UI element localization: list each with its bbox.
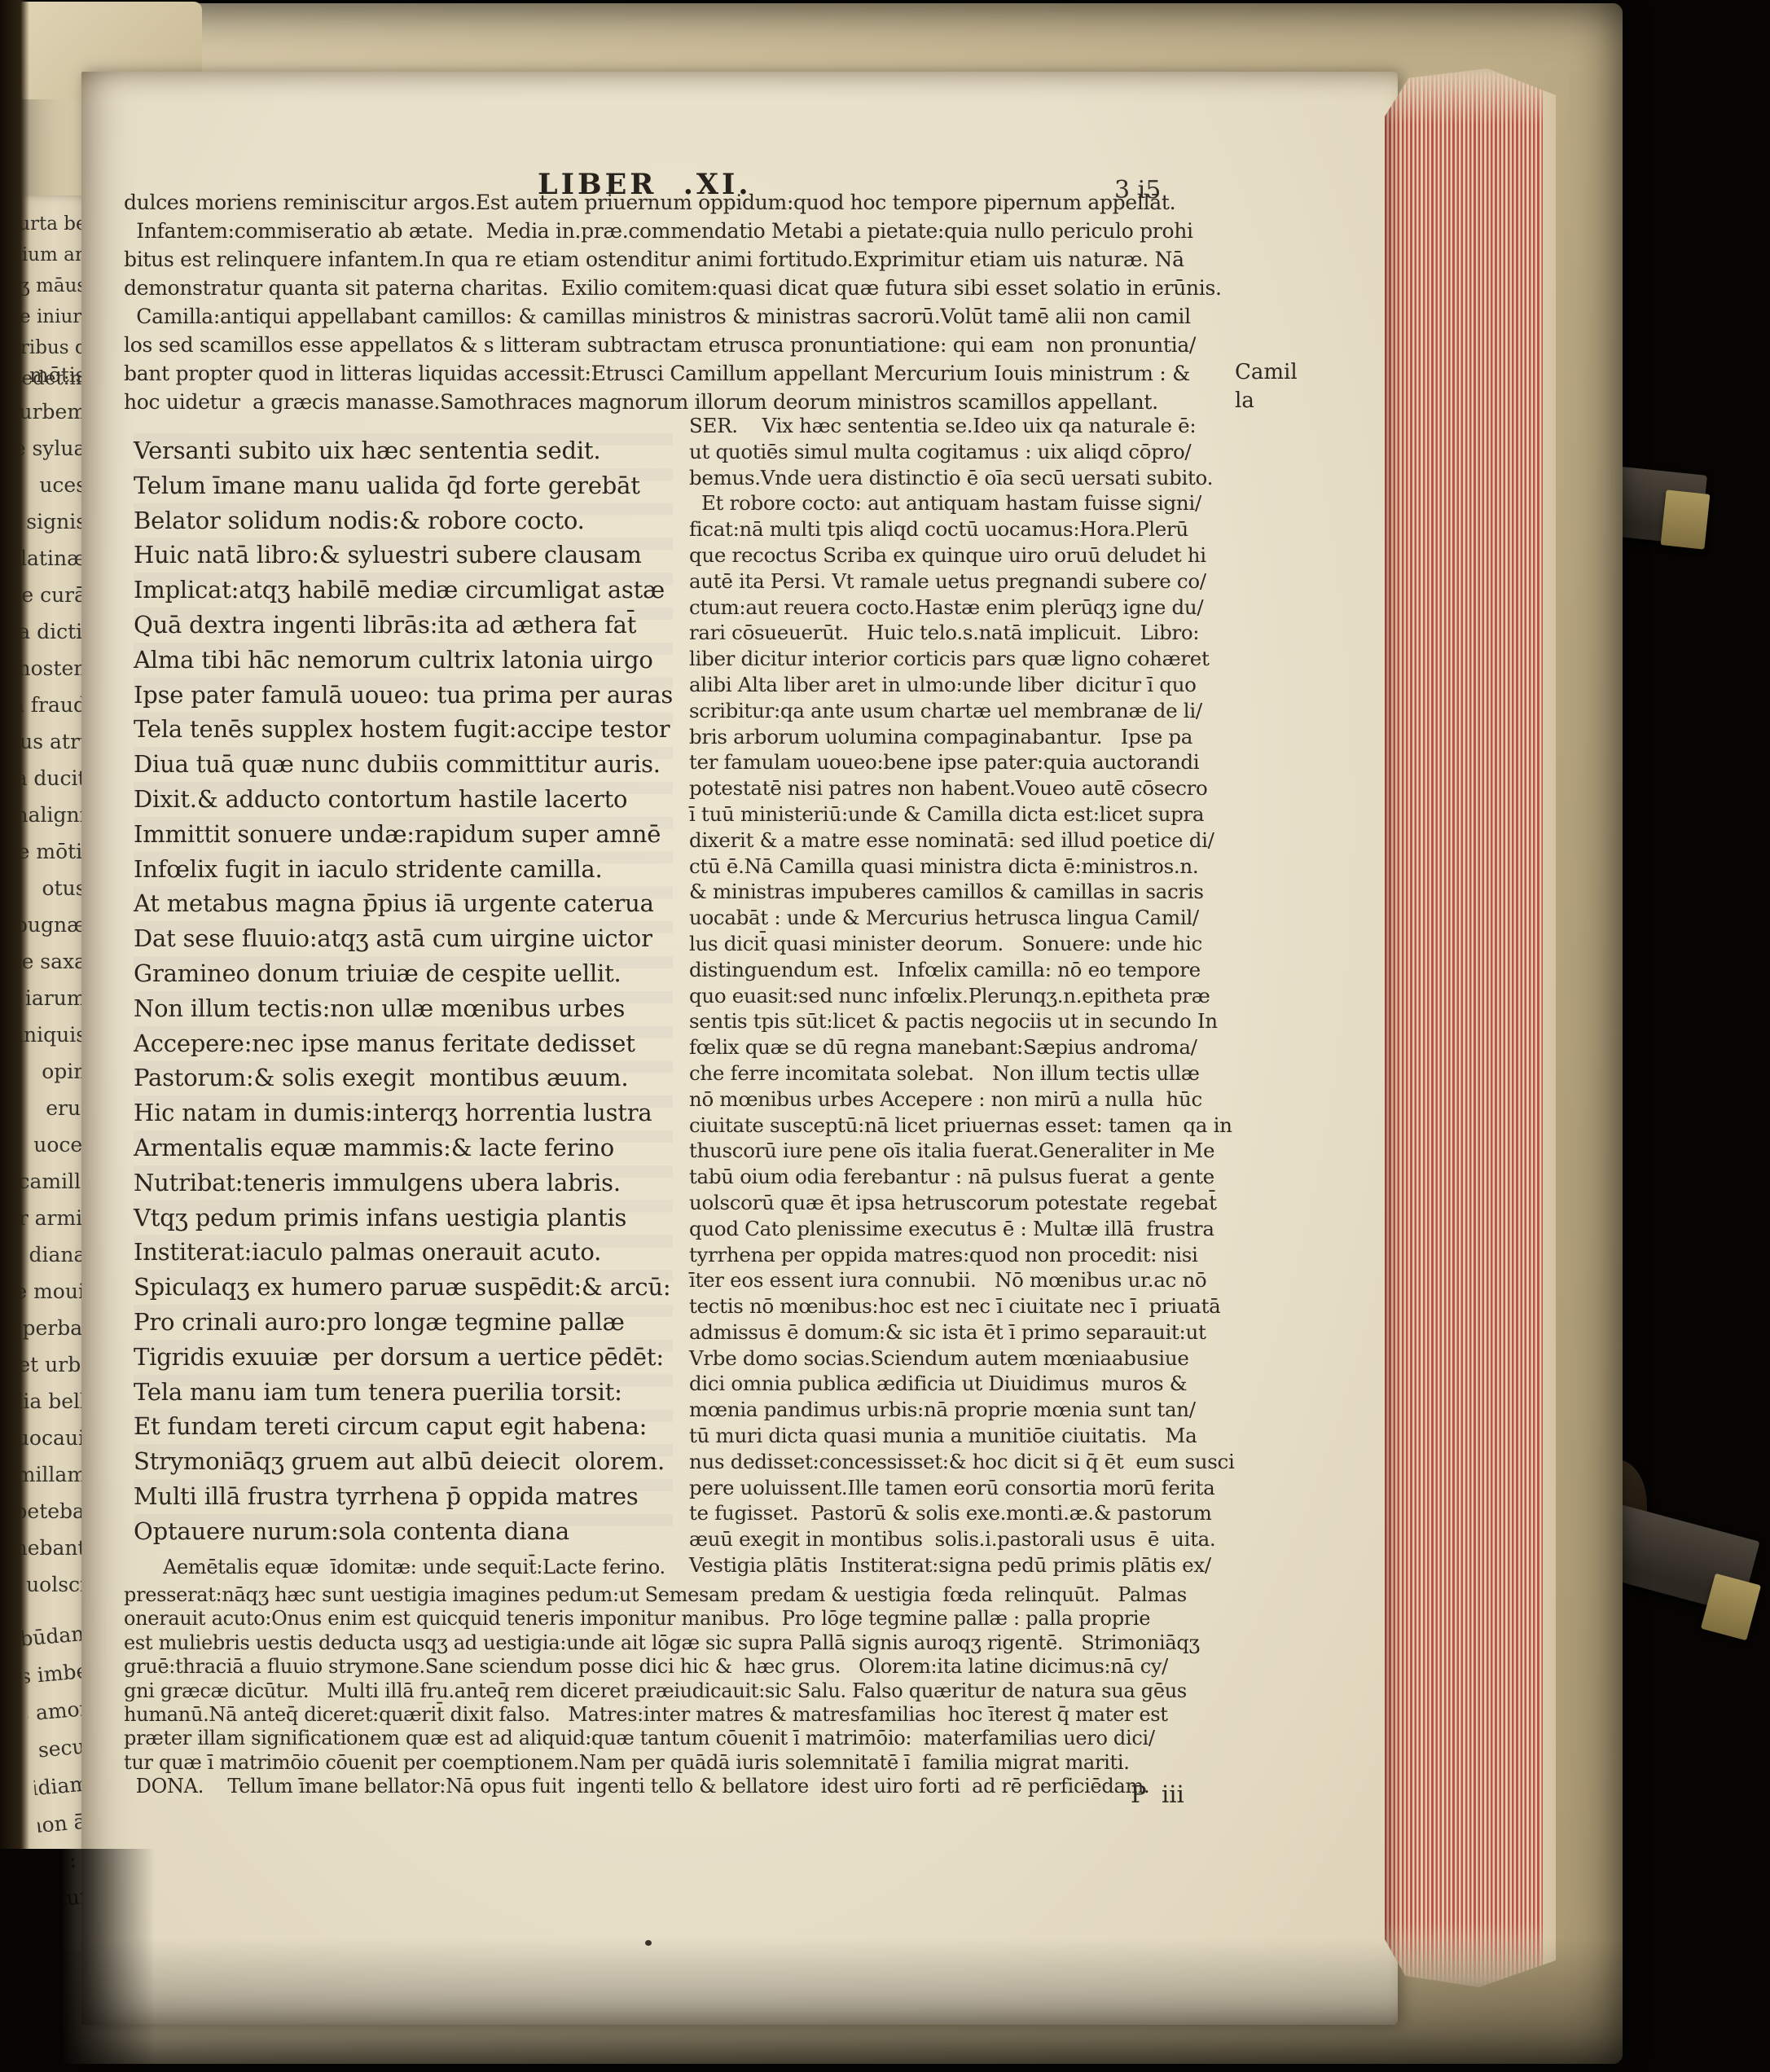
text-line: Multi illā frustra tyrrhena p̄ oppida ma… <box>134 1479 673 1514</box>
text-line: est muliebris uestis deducta usqʒ ad ues… <box>124 1631 1200 1655</box>
text-line: presserat:nāqʒ hæc sunt uestigia imagine… <box>124 1583 1200 1607</box>
text-line: tabū oium odia ferebantur : nā pulsus fu… <box>689 1164 1234 1190</box>
commentary-bottom-block: presserat:nāqʒ hæc sunt uestigia imagine… <box>124 1583 1200 1799</box>
text-line: rari cōsueuerūt. Huic telo.s.natā implic… <box>689 620 1234 646</box>
bottom-vignette <box>11 1938 1623 2064</box>
red-fore-edge <box>1385 68 1556 1987</box>
margin-note: Camilla <box>1235 358 1298 415</box>
text-line: demonstratur quanta sit paterna charitas… <box>124 274 1222 302</box>
text-line: pere uoluissent.Ille tamen eorū consorti… <box>689 1475 1234 1501</box>
verse-footnote: Aemētalis equæ īdomitæ: unde sequit̄:Lac… <box>163 1556 665 1578</box>
text-line: quo euasit:sed nunc infœlix.Plerunqʒ.n.e… <box>689 983 1234 1009</box>
text-line: ī tuū ministeriū:unde & Camilla dicta es… <box>689 801 1234 827</box>
text-line: Ipse pater famulā uoueo: tua prima per a… <box>134 678 673 713</box>
text-line: Vtqʒ pedum primis infans uestigia planti… <box>134 1201 673 1236</box>
text-line: Camilla:antiqui appellabant camillos: & … <box>124 302 1222 331</box>
text-line: Institerat:iaculo palmas onerauit acuto. <box>134 1235 673 1270</box>
text-line: Versanti subito uix hæc sententia sedit. <box>134 433 673 468</box>
text-line: que recoctus Scriba ex quinque uiro oruū… <box>689 542 1234 568</box>
text-line: admissus ē domum:& sic ista ēt ī primo s… <box>689 1319 1234 1345</box>
brass-clasp-tip <box>1661 489 1711 549</box>
bottom-left-shadow <box>0 1849 155 2072</box>
text-line: Dat sese fluuio:atqʒ astā cum uirgine ui… <box>134 921 673 956</box>
text-line: ter famulam uoueo:bene ipse pater:quia a… <box>689 749 1234 775</box>
book-page: LIBER .XI. 3 i5 dulces moriens reminisci… <box>81 72 1398 2025</box>
text-line: Alma tibi hāc nemorum cultrix latonia ui… <box>134 643 673 678</box>
text-line: Vestigia plātis Institerat:signa pedū pr… <box>689 1552 1234 1578</box>
text-line: hoc uidetur a græcis manasse.Samothraces… <box>124 388 1222 416</box>
text-line: Nutribat:teneris immulgens ubera labris. <box>134 1165 673 1201</box>
text-line: īter eos essent iura connubii. Nō mœnibu… <box>689 1267 1234 1293</box>
commentary-top-block: dulces moriens reminiscitur argos.Est au… <box>124 188 1222 416</box>
text-line: At metabus magna p̄pius iā urgente cater… <box>134 886 673 921</box>
text-line: Pro crinali auro:pro longæ tegmine pallæ <box>134 1305 673 1340</box>
text-line: Optauere nurum:sola contenta diana <box>134 1514 673 1549</box>
text-line: gni græcæ dicūtur. Multi illā fru.anteq̄… <box>124 1679 1200 1703</box>
text-line: tū muri dicta quasi munia a munitiōe ciu… <box>689 1423 1234 1449</box>
text-line: Non illum tectis:non ullæ mœnibus urbes <box>134 991 673 1026</box>
text-line: Tigridis exuuiæ per dorsum a uertice pēd… <box>134 1340 673 1375</box>
text-line: fœlix quæ se dū regna manebant:Sæpius an… <box>689 1034 1234 1060</box>
text-line: Camil <box>1235 358 1298 387</box>
text-line: tyrrhena per oppida matres:quod non proc… <box>689 1242 1234 1268</box>
text-line: æuū exegit in montibus solis.i.pastorali… <box>689 1526 1234 1552</box>
text-line: scribitur:qa ante usum chartæ uel membra… <box>689 698 1234 724</box>
text-line: bant propter quod in litteras liquidas a… <box>124 359 1222 388</box>
text-line: Et fundam tereti circum caput egit haben… <box>134 1409 673 1444</box>
spine-shadow <box>0 0 29 2072</box>
text-line: Tela manu iam tum tenera puerilia torsit… <box>134 1375 673 1410</box>
text-line: uocabāt : unde & Mercurius hetrusca ling… <box>689 905 1234 931</box>
text-line: humanū.Nā anteq̄ diceret:quærit̄ dixit f… <box>124 1703 1200 1727</box>
text-line: Huic natā libro:& syluestri subere claus… <box>134 538 673 573</box>
text-line: gruē:thraciā a fluuio strymone.Sane scie… <box>124 1655 1200 1679</box>
text-line: nō mœnibus urbes Accepere : non mirū a n… <box>689 1086 1234 1113</box>
text-line: la <box>1235 387 1298 415</box>
text-line: dici omnia publica ædificia ut Diuidimus… <box>689 1371 1234 1397</box>
text-line: Dixit.& adducto contortum hastile lacert… <box>134 782 673 817</box>
text-line: ctū ē.Nā Camilla quasi ministra dicta ē:… <box>689 854 1234 880</box>
text-line: Pastorum:& solis exegit montibus æuum. <box>134 1060 673 1095</box>
text-line: præter illam significationem quæ est ad … <box>124 1727 1200 1750</box>
text-line: Hic natam in dumis:interqʒ horrentia lus… <box>134 1095 673 1130</box>
text-line: Telum īmane manu ualida q̄d forte gerebā… <box>134 468 673 503</box>
text-line: liber dicitur interior corticis pars quæ… <box>689 646 1234 672</box>
text-line: dixerit & a matre esse nominatā: sed ill… <box>689 827 1234 854</box>
text-line: ciuitate susceptū:nā licet priuernas ess… <box>689 1113 1234 1139</box>
text-line: Spiculaqʒ ex humero paruæ suspēdit:& arc… <box>134 1270 673 1305</box>
verse-column: Versanti subito uix hæc sententia sedit.… <box>134 433 673 1549</box>
text-line: ficat:nā multi tpis aliqd coctū uocamus:… <box>689 516 1234 542</box>
text-line: Tela tenēs supplex hostem fugit:accipe t… <box>134 712 673 747</box>
text-line: onerauit acuto:Onus enim est quicquid te… <box>124 1607 1200 1631</box>
text-line: bemus.Vnde uera distinctio ē oīa secū ue… <box>689 465 1234 491</box>
text-line: & ministras impuberes camillos & camilla… <box>689 879 1234 905</box>
text-line: bitus est relinquere infantem.In qua re … <box>124 245 1222 274</box>
text-line: quod Cato plenissime executus ē : Multæ … <box>689 1216 1234 1242</box>
text-line: sentis tpis sūt:licet & pactis negociis … <box>689 1008 1234 1034</box>
text-line: uolscorū quæ ēt ipsa hetruscorum potesta… <box>689 1190 1234 1216</box>
text-line: te fugisset. Pastorū & solis exe.monti.æ… <box>689 1500 1234 1526</box>
text-line: Et robore cocto: aut antiquam hastam fui… <box>689 490 1234 516</box>
text-line: Diua tuā quæ nunc dubiis committitur aur… <box>134 747 673 782</box>
text-line: Strymoniāqʒ gruem aut albū deiecit olore… <box>134 1444 673 1479</box>
text-line: thuscorū iure pene oīs italia fuerat.Gen… <box>689 1138 1234 1164</box>
text-line: lus dicit̄ quasi minister deorum. Sonuer… <box>689 931 1234 957</box>
text-line: DONA. Tellum īmane bellator:Nā opus fuit… <box>124 1775 1200 1798</box>
text-line: Implicat:atqʒ habilē mediæ circumligat a… <box>134 573 673 608</box>
commentary-column: SER. Vix hæc sententia se.Ideo uix qa na… <box>689 413 1234 1578</box>
text-line: Quā dextra ingenti librās:ita ad æthera … <box>134 608 673 643</box>
text-line: tur quæ ī matrimōio cōuenit per coemptio… <box>124 1751 1200 1775</box>
text-line: alibi Alta liber aret in ulmo:unde liber… <box>689 672 1234 698</box>
text-line: dulces moriens reminiscitur argos.Est au… <box>124 188 1222 217</box>
text-line: che ferre incomitata solebat. Non illum … <box>689 1060 1234 1086</box>
text-line: autē ita Persi. Vt ramale uetus pregnand… <box>689 568 1234 595</box>
text-line: ctum:aut reuera cocto.Hastæ enim plerūqʒ… <box>689 595 1234 621</box>
text-line: Infœlix fugit in iaculo stridente camill… <box>134 852 673 887</box>
text-line: Accepere:nec ipse manus feritate dedisse… <box>134 1026 673 1061</box>
text-line: Gramineo donum triuiæ de cespite uellit. <box>134 956 673 991</box>
text-line: ut quotiēs simul multa cogitamus : uix a… <box>689 439 1234 465</box>
text-line: Vrbe domo socias.Sciendum autem mœniaabu… <box>689 1345 1234 1372</box>
text-line: Infantem:commiseratio ab ætate. Media in… <box>124 217 1222 245</box>
text-line: bris arborum uolumina compaginabantur. I… <box>689 724 1234 750</box>
text-line: mœnia pandimus urbis:nā proprie mœnia su… <box>689 1397 1234 1423</box>
text-line: Armentalis equæ mammis:& lacte ferino <box>134 1130 673 1165</box>
text-line: Belator solidum nodis:& robore cocto. <box>134 503 673 538</box>
text-line: SER. Vix hæc sententia se.Ideo uix qa na… <box>689 413 1234 439</box>
text-line: tectis nō mœnibus:hoc est nec ī ciuitate… <box>689 1293 1234 1319</box>
text-line: los sed scamillos esse appellatos & s li… <box>124 331 1222 359</box>
text-line: Immittit sonuere undæ:rapidum super amnē <box>134 817 673 852</box>
text-line: distinguendum est. Infœlix camilla: nō e… <box>689 957 1234 983</box>
text-line: potestatē nisi patres non habent.Voueo a… <box>689 775 1234 801</box>
quire-signature: P iii <box>1131 1780 1184 1808</box>
text-line: nus dedisset:concessisset:& hoc dicit si… <box>689 1449 1234 1475</box>
